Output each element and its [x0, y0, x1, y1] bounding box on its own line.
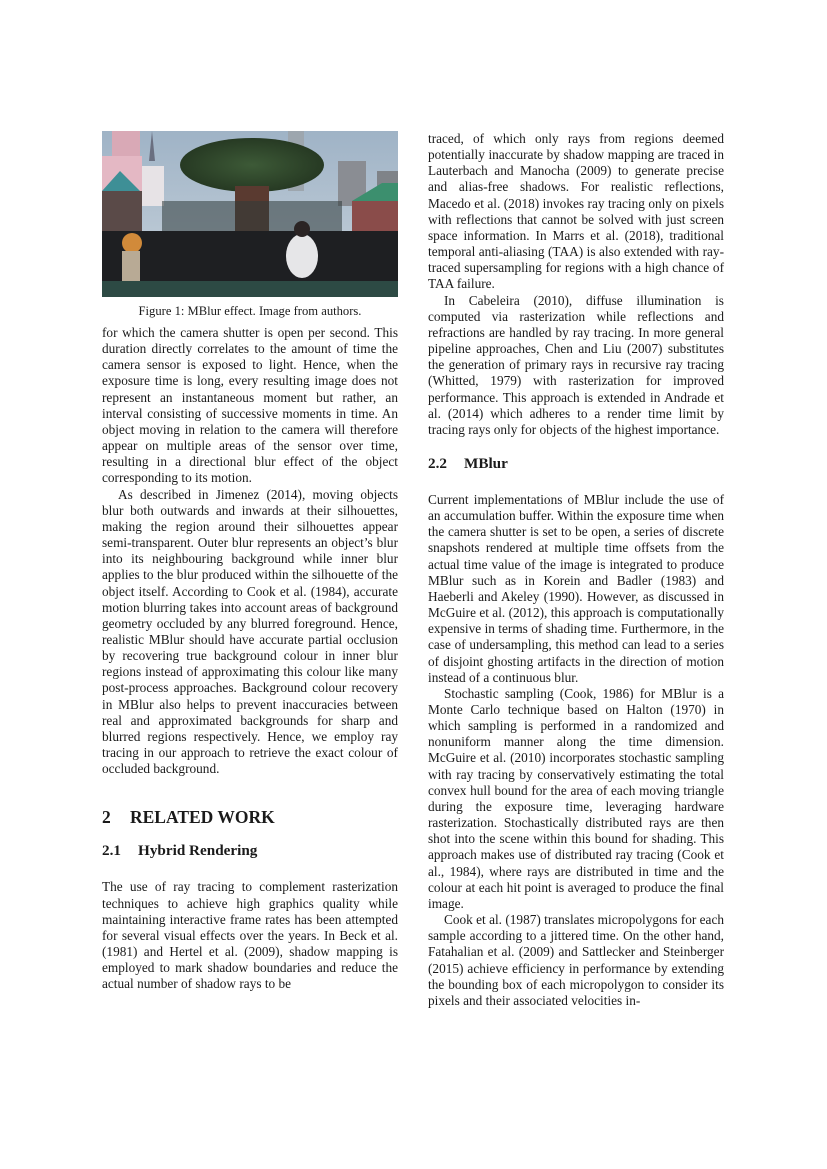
subsection-heading-mblur: 2.2MBlur	[428, 454, 724, 474]
paragraph: for which the camera shutter is open per…	[102, 325, 398, 487]
figure-caption: Figure 1: MBlur effect. Image from autho…	[102, 303, 398, 319]
figure-1-image	[102, 131, 398, 297]
subsection-number: 2.1	[102, 841, 138, 861]
paragraph: traced, of which only rays from regions …	[428, 131, 724, 293]
paragraph: Cook et al. (1987) translates micropolyg…	[428, 912, 724, 1009]
paragraph: As described in Jimenez (2014), moving o…	[102, 487, 398, 778]
section-title: RELATED WORK	[130, 807, 275, 827]
subsection-title: MBlur	[464, 455, 508, 472]
subsection-number: 2.2	[428, 454, 464, 474]
left-column: Figure 1: MBlur effect. Image from autho…	[102, 131, 398, 992]
subsection-title: Hybrid Rendering	[138, 842, 257, 859]
paragraph: The use of ray tracing to complement ras…	[102, 879, 398, 992]
paragraph: Stochastic sampling (Cook, 1986) for MBl…	[428, 686, 724, 912]
section-number: 2	[102, 806, 130, 828]
paragraph: In Cabeleira (2010), diffuse illuminatio…	[428, 293, 724, 438]
carousel-photo	[102, 131, 398, 297]
section-heading-related-work: 2RELATED WORK	[102, 806, 398, 828]
right-column: traced, of which only rays from regions …	[428, 131, 724, 1009]
paragraph: Current implementations of MBlur include…	[428, 492, 724, 686]
subsection-heading-hybrid-rendering: 2.1Hybrid Rendering	[102, 841, 398, 861]
